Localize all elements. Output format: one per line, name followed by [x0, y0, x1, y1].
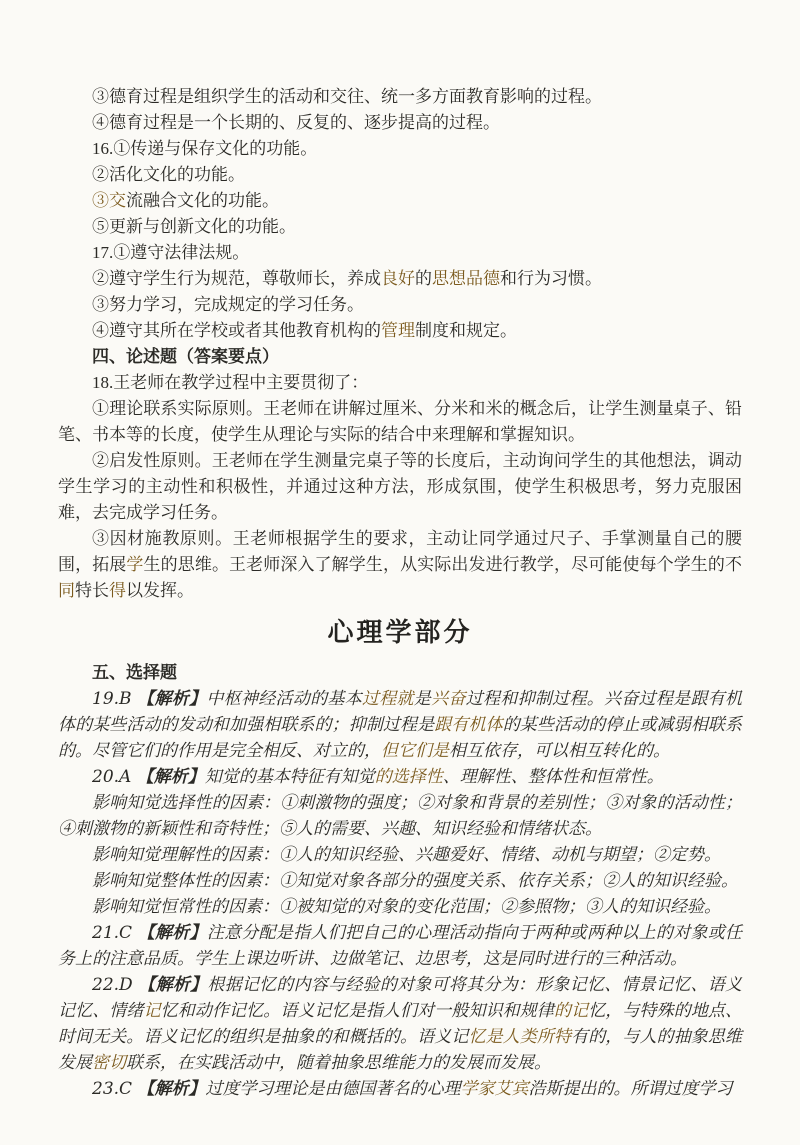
paragraph: ①理论联系实际原则。王老师在讲解过厘米、分米和米的概念后，让学生测量桌子、铅笔、… [58, 396, 742, 448]
paragraph: 17.①遵守法律法规。 [58, 240, 742, 266]
paragraph: ④德育过程是一个长期的、反复的、逐步提高的过程。 [58, 110, 742, 136]
text-run: 忆是人类所特 [468, 1027, 571, 1047]
paragraph: 23.C 【解析】过度学习理论是由德国著名的心理学家艾宾浩斯提出的。所谓过度学习 [58, 1076, 742, 1102]
paragraph: ③德育过程是组织学生的活动和交往、统一多方面教育影响的过程。 [58, 84, 742, 110]
text-run: 影响知觉理解性的因素：①人的知识经验、兴趣爱好、情绪、动机与期望；②定势。 [92, 845, 721, 865]
paragraph: ③因材施教原则。王老师根据学生的要求，主动让同学通过尺子、手掌测量自己的腰围，拓… [58, 526, 742, 604]
analysis-label: 【解析】 [138, 923, 207, 943]
text-run: ③努力学习，完成规定的学习任务。 [92, 295, 364, 314]
paragraph: 18.王老师在教学过程中主要贯彻了： [58, 370, 742, 396]
text-run: 过度学习理论是由德国著名的心理 [205, 1079, 460, 1099]
text-run: 但它们是 [381, 741, 449, 761]
text-run: ②启发性原则。王老师在学生测量完桌子等的长度后，主动询问学生的其他想法，调动学生… [58, 451, 742, 522]
text-run: 影响知觉整体性的因素：①知觉对象各部分的强度关系、依存关系；②人的知识经验。 [92, 871, 738, 891]
text-run: 特长 [75, 581, 109, 600]
text-run: 中枢神经活动的基本 [206, 689, 362, 709]
paragraph: 影响知觉恒常性的因素：①被知觉的对象的变化范围；②参照物；③人的知识经验。 [58, 894, 742, 920]
text-run: 21.C [92, 923, 138, 943]
psychology-part-title: 心理学部分 [58, 617, 742, 649]
text-run: 的记 [554, 1001, 588, 1021]
analysis-label: 【解析】 [137, 1079, 205, 1099]
text-run: 影响知觉恒常性的因素：①被知觉的对象的变化范围；②参照物；③人的知识经验。 [92, 897, 721, 917]
paragraph: ④遵守其所在学校或者其他教育机构的管理制度和规定。 [58, 318, 742, 344]
text-run: ①理论联系实际原则。王老师在讲解过厘米、分米和米的概念后，让学生测量桌子、铅笔、… [58, 399, 742, 444]
text-run: 22.D [92, 975, 138, 995]
document-page: ③德育过程是组织学生的活动和交往、统一多方面教育影响的过程。④德育过程是一个长期… [0, 0, 800, 1145]
paragraph: 22.D 【解析】根据记忆的内容与经验的对象可将其分为：形象记忆、情景记忆、语义… [58, 972, 742, 1076]
text-run: 以发挥。 [126, 581, 194, 600]
paragraph: 20.A 【解析】知觉的基本特征有知觉的选择性、理解性、整体性和恒常性。 [58, 764, 742, 790]
text-run: 过程就 [362, 689, 414, 709]
text-run: 密切 [92, 1053, 126, 1073]
text-run: 流融合文化的功能。 [126, 191, 279, 210]
text-run: ⑤更新与创新文化的功能。 [92, 217, 296, 236]
text-run: 知觉的基本特征有知觉 [205, 767, 375, 787]
education-answers-section: ③德育过程是组织学生的活动和交往、统一多方面教育影响的过程。④德育过程是一个长期… [58, 84, 742, 604]
text-run: 兴奋 [431, 689, 466, 709]
text-run: 学 [126, 555, 143, 574]
paragraph: 影响知觉选择性的因素：①刺激物的强度；②对象和背景的差别性；③对象的活动性；④刺… [58, 790, 742, 842]
paragraph: 影响知觉理解性的因素：①人的知识经验、兴趣爱好、情绪、动机与期望；②定势。 [58, 842, 742, 868]
analysis-label: 【解析】 [137, 689, 206, 709]
section-heading: 五、选择题 [58, 660, 742, 686]
text-run: 记 [144, 1001, 161, 1021]
text-run: 和行为习惯。 [500, 269, 602, 288]
text-run: ③德育过程是组织学生的活动和交往、统一多方面教育影响的过程。 [92, 87, 602, 106]
text-run: 23.C [92, 1079, 137, 1099]
text-run: 18.王老师在教学过程中主要贯彻了： [92, 373, 368, 392]
section-heading: 四、论述题（答案要点） [58, 344, 742, 370]
paragraph: ③努力学习，完成规定的学习任务。 [58, 292, 742, 318]
text-run: 四、论述题（答案要点） [92, 347, 279, 366]
text-run: 忆和动作记忆。语义记忆是指人们对一般知识和规律 [161, 1001, 554, 1021]
text-run: 的选择性 [375, 767, 443, 787]
analysis-label: 【解析】 [138, 975, 207, 995]
text-run: 同 [58, 581, 75, 600]
text-run: ②活化文化的功能。 [92, 165, 245, 184]
text-run: 良好 [381, 269, 415, 288]
text-run: 浩斯提出的。所谓过度学习 [528, 1079, 732, 1099]
text-run: 、理解性、整体性和恒常性。 [443, 767, 664, 787]
text-run: ④德育过程是一个长期的、反复的、逐步提高的过程。 [92, 113, 500, 132]
text-run: 学家艾宾 [460, 1079, 528, 1099]
text-run: 17.①遵守法律法规。 [92, 243, 249, 262]
psychology-answers-section: 五、选择题19.B 【解析】中枢神经活动的基本过程就是兴奋过程和抑制过程。兴奋过… [58, 660, 742, 1102]
text-run: 联系，在实践活动中，随着抽象思维能力的发展而发展。 [126, 1053, 551, 1073]
text-run: 制度和规定。 [415, 321, 517, 340]
paragraph: ③交流融合文化的功能。 [58, 188, 742, 214]
text-run: 跟有机体 [434, 715, 502, 735]
paragraph: 21.C 【解析】注意分配是指人们把自己的心理活动指向于两种或两种以上的对象或任… [58, 920, 742, 972]
paragraph: ②活化文化的功能。 [58, 162, 742, 188]
text-run: 的 [415, 269, 432, 288]
text-run: 思想品德 [432, 269, 500, 288]
paragraph: 影响知觉整体性的因素：①知觉对象各部分的强度关系、依存关系；②人的知识经验。 [58, 868, 742, 894]
text-run: 五、选择题 [92, 663, 177, 682]
analysis-label: 【解析】 [137, 767, 205, 787]
paragraph: 16.①传递与保存文化的功能。 [58, 136, 742, 162]
paragraph: ②遵守学生行为规范，尊敬师长，养成良好的思想品德和行为习惯。 [58, 266, 742, 292]
text-run: ④遵守其所在学校或者其他教育机构的 [92, 321, 381, 340]
paragraph: ⑤更新与创新文化的功能。 [58, 214, 742, 240]
paragraph: 19.B 【解析】中枢神经活动的基本过程就是兴奋过程和抑制过程。兴奋过程是跟有机… [58, 686, 742, 764]
text-run: 相互依存，可以相互转化的。 [449, 741, 670, 761]
text-run: ②遵守学生行为规范，尊敬师长，养成 [92, 269, 381, 288]
text-run: 20.A [92, 767, 137, 787]
paragraph: ②启发性原则。王老师在学生测量完桌子等的长度后，主动询问学生的其他想法，调动学生… [58, 448, 742, 526]
text-run: 是 [414, 689, 431, 709]
text-run: 影响知觉选择性的因素：①刺激物的强度；②对象和背景的差别性；③对象的活动性；④刺… [58, 793, 742, 839]
text-run: 生的思维。王老师深入了解学生，从实际出发进行教学，尽可能使每个学生的不 [144, 555, 743, 574]
text-run: 19.B [92, 689, 137, 709]
text-run: 得 [109, 581, 126, 600]
text-run: ③交 [92, 191, 126, 210]
text-run: 管理 [381, 321, 415, 340]
text-run: 16.①传递与保存文化的功能。 [92, 139, 317, 158]
